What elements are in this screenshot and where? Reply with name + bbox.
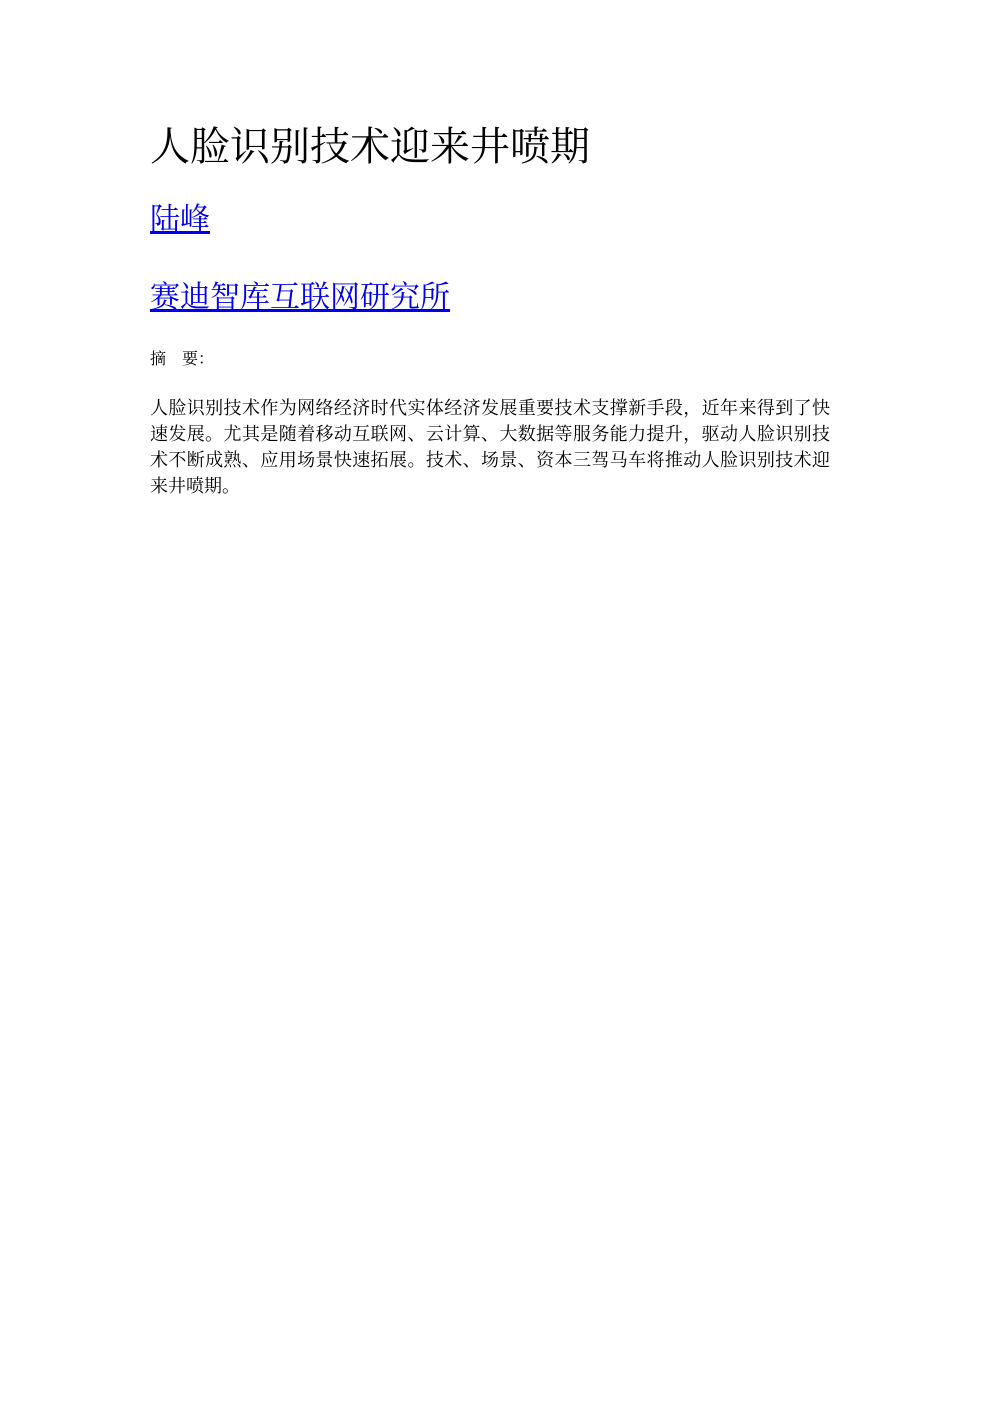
author-link[interactable]: 陆峰 — [150, 200, 210, 240]
abstract-label: 摘 要： — [150, 347, 214, 371]
document-title: 人脸识别技术迎来井喷期 — [150, 122, 590, 172]
organization-link[interactable]: 赛迪智库互联网研究所 — [150, 278, 450, 318]
abstract-text: 人脸识别技术作为网络经济时代实体经济发展重要技术支撑新手段，近年来得到了快速发展… — [150, 396, 830, 500]
